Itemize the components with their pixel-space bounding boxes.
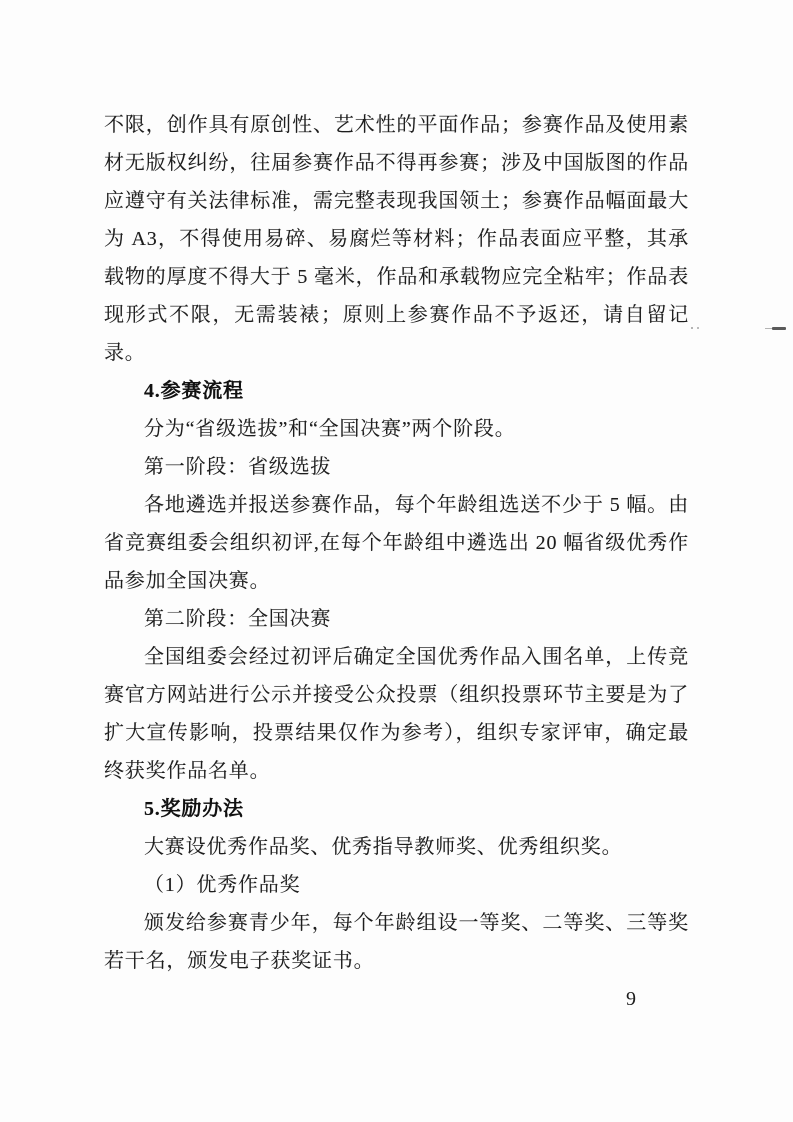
heading-award-method: 5.奖励办法 xyxy=(104,790,689,828)
scan-artifact-dash xyxy=(772,327,786,330)
paragraph-stage2-title: 第二阶段：全国决赛 xyxy=(104,600,689,638)
paragraph-stage1-detail: 各地遴选并报送参赛作品，每个年龄组选送不少于 5 幅。由省竞赛组委会组织初评,在… xyxy=(104,486,689,600)
heading-entry-process: 4.参赛流程 xyxy=(104,372,689,410)
paragraph-award-item1-detail: 颁发给参赛青少年，每个年龄组设一等奖、二等奖、三等奖若干名，颁发电子获奖证书。 xyxy=(104,904,689,980)
scan-artifact-specks xyxy=(690,327,700,330)
paragraph-stage2-detail: 全国组委会经过初评后确定全国优秀作品入围名单，上传竞赛官方网站进行公示并接受公众… xyxy=(104,638,689,790)
scanned-document-page: 不限，创作具有原创性、艺术性的平面作品；参赛作品及使用素材无版权纠纷，往届参赛作… xyxy=(0,0,793,1122)
paragraph-submission-requirements: 不限，创作具有原创性、艺术性的平面作品；参赛作品及使用素材无版权纠纷，往届参赛作… xyxy=(104,106,689,372)
paragraph-award-overview: 大赛设优秀作品奖、优秀指导教师奖、优秀组织奖。 xyxy=(104,828,689,866)
paragraph-stages-overview: 分为“省级选拔”和“全国决赛”两个阶段。 xyxy=(104,410,689,448)
document-body: 不限，创作具有原创性、艺术性的平面作品；参赛作品及使用素材无版权纠纷，往届参赛作… xyxy=(104,106,689,980)
page-number: 9 xyxy=(626,988,637,1011)
paragraph-stage1-title: 第一阶段：省级选拔 xyxy=(104,448,689,486)
paragraph-award-item1: （1）优秀作品奖 xyxy=(104,866,689,904)
